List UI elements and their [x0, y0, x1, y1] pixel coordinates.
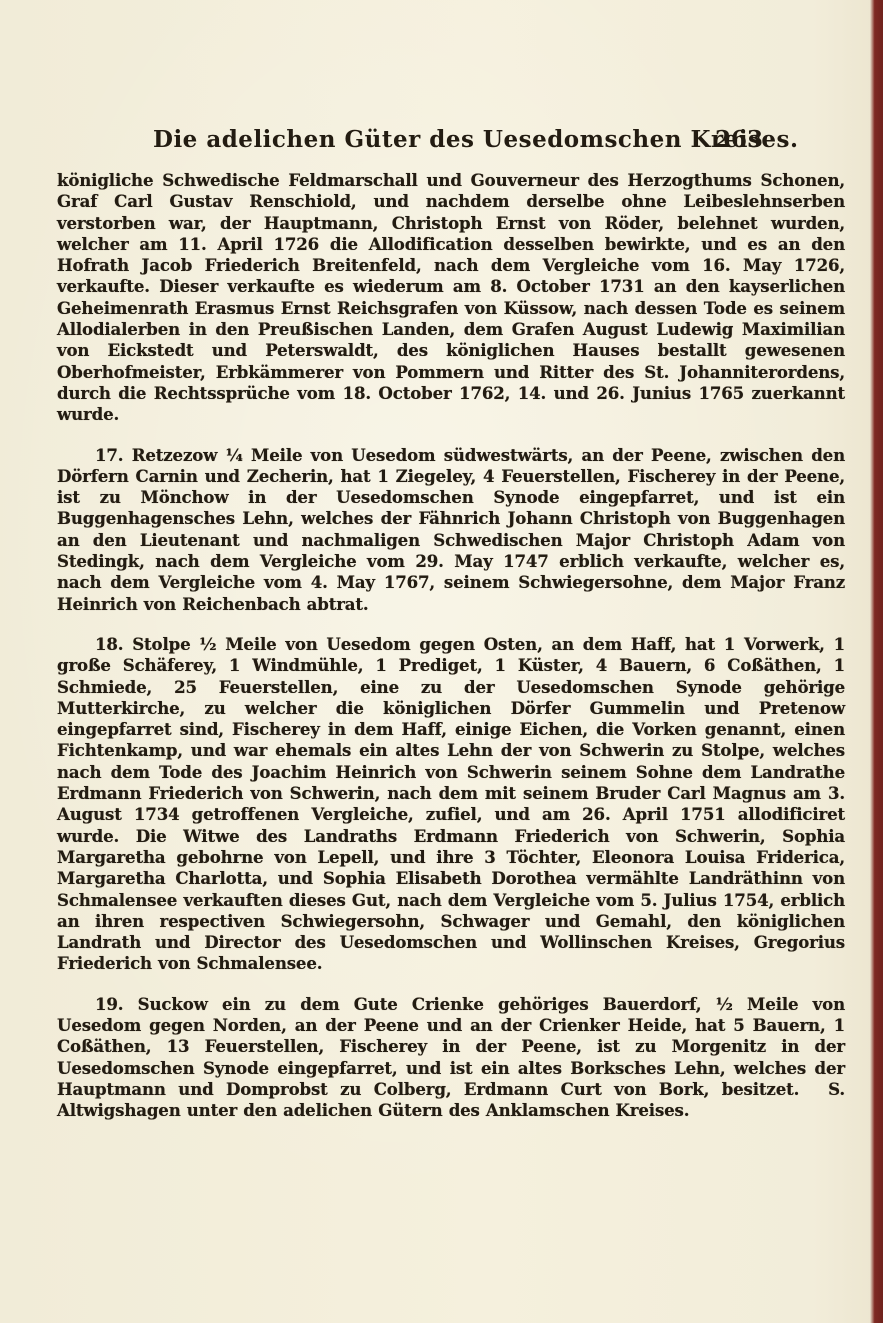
book-edge-band: [870, 0, 883, 1323]
paragraph-entry-19-suckow: 19. Suckow ein zu dem Gute Crienke gehör…: [57, 994, 845, 1122]
running-title: Die adelichen Güter des Uesedomschen Kre…: [153, 126, 705, 153]
book-page-scan: Die adelichen Güter des Uesedomschen Kre…: [0, 0, 883, 1323]
page-number: 263: [715, 126, 763, 153]
paragraph-entry-17-retzezow: 17. Retzezow ¼ Meile von Uesedom südwest…: [57, 445, 845, 615]
paragraph-entry-18-stolpe: 18. Stolpe ½ Meile von Uesedom gegen Ost…: [57, 634, 845, 975]
page-header: Die adelichen Güter des Uesedomschen Kre…: [57, 126, 845, 160]
page-body: königliche Schwedische Feldmarschall und…: [57, 170, 845, 1121]
paragraph-continuation: königliche Schwedische Feldmarschall und…: [57, 170, 845, 426]
